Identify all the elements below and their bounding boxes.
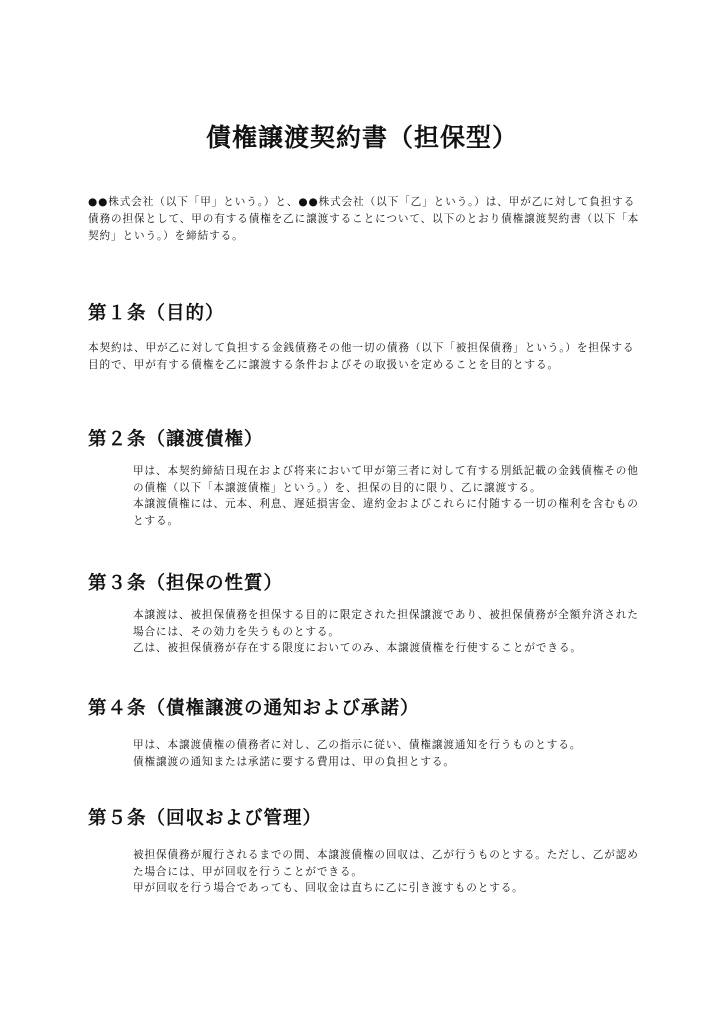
article-1-body: 本契約は、甲が乙に対して負担する金銭債務その他一切の債務（以下「被担保債務」とい… [88,340,640,373]
article-5-paragraph-2: 甲が回収を行う場合であっても、回収金は直ちに乙に引き渡すものとする。 [133,880,643,897]
article-5-heading: 第５条（回収および管理） [88,804,322,830]
article-2-paragraph-1: 甲は、本契約締結日現在および将来において甲が第三者に対して有する別紙記載の金銭債… [133,463,643,496]
article-4-body: 甲は、本譲渡債権の債務者に対し、乙の指示に従い、債権譲渡通知を行うものとする。 … [133,737,643,770]
article-2-paragraph-2: 本譲渡債権には、元本、利息、遅延損害金、違約金およびこれらに付随する一切の権利を… [133,496,643,529]
article-5-body: 被担保債務が履行されるまでの間、本譲渡債権の回収は、乙が行うものとする。ただし、… [133,847,643,897]
document-title: 債権譲渡契約書（担保型） [0,118,724,154]
article-1-heading: 第１条（目的） [88,299,225,325]
article-3-paragraph-2: 乙は、被担保債務が存在する限度においてのみ、本譲渡債権を行使することができる。 [133,640,643,657]
article-3-body: 本譲渡は、被担保債務を担保する目的に限定された担保譲渡であり、被担保債務が全額弁… [133,607,643,657]
article-3-paragraph-1: 本譲渡は、被担保債務を担保する目的に限定された担保譲渡であり、被担保債務が全額弁… [133,607,643,640]
article-2-heading: 第２条（譲渡債権） [88,425,264,451]
article-2-body: 甲は、本契約締結日現在および将来において甲が第三者に対して有する別紙記載の金銭債… [133,463,643,529]
article-4-paragraph-1: 甲は、本譲渡債権の債務者に対し、乙の指示に従い、債権譲渡通知を行うものとする。 [133,737,643,754]
article-3-heading: 第３条（担保の性質） [88,569,283,595]
preamble: ●●株式会社（以下「甲」という。）と、●●株式会社（以下「乙」という。）は、甲が… [88,194,640,245]
article-4-paragraph-2: 債権譲渡の通知または承諾に要する費用は、甲の負担とする。 [133,754,643,771]
article-1-paragraph-1: 本契約は、甲が乙に対して負担する金銭債務その他一切の債務（以下「被担保債務」とい… [88,340,640,373]
article-5-paragraph-1: 被担保債務が履行されるまでの間、本譲渡債権の回収は、乙が行うものとする。ただし、… [133,847,643,880]
article-4-heading: 第４条（債権譲渡の通知および承諾） [88,694,420,720]
